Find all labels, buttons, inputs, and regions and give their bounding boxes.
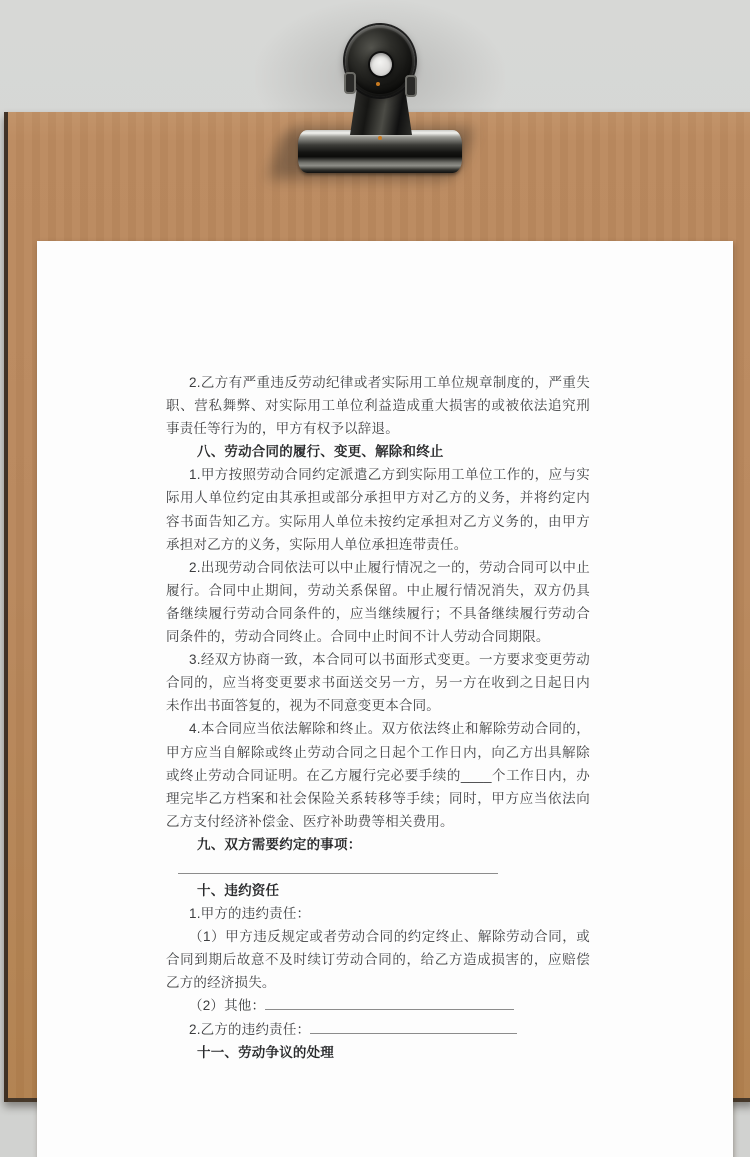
section-heading: 十、违约资任	[166, 879, 590, 902]
fill-rule	[310, 1020, 517, 1034]
fill-label: （2）其他：	[189, 998, 265, 1013]
photo-background: 2.乙方有严重违反劳动纪律或者实际用工单位规章制度的，严重失职、营私舞弊、对实际…	[0, 0, 750, 1157]
paragraph: 2.出现劳动合同依法可以中止履行情况之一的，劳动合同可以中止履行。合同中止期间，…	[166, 556, 590, 648]
paragraph: 4.本合同应当依法解除和终止。双方依法终止和解除劳动合同的，甲方应当自解除或终止…	[166, 717, 590, 832]
clip-glint	[378, 136, 382, 140]
clip-hole	[370, 53, 392, 76]
section-heading: 十一、劳动争议的处理	[166, 1041, 590, 1064]
paragraph: 3.经双方协商一致，本合同可以书面形式变更。一方要求变更劳动合同的，应当将变更要…	[166, 648, 590, 717]
blank-fill-line	[166, 856, 590, 879]
fill-in-line: （2）其他：	[166, 994, 590, 1017]
paragraph: 1.甲方按照劳动合同约定派遣乙方到实际用工单位工作的，应与实际用人单位约定由其承…	[166, 463, 590, 555]
clip-spring-wire-right	[405, 75, 417, 97]
clip-glint	[376, 82, 380, 86]
paragraph: （1）甲方违反规定或者劳动合同的约定终止、解除劳动合同，或合同到期后故意不及时续…	[166, 925, 590, 994]
fill-rule	[178, 873, 498, 874]
paragraph: 1.甲方的违约责任：	[166, 902, 590, 925]
section-heading: 九、双方需要约定的事项：	[166, 833, 590, 856]
contract-page: 2.乙方有严重违反劳动纪律或者实际用工单位规章制度的，严重失职、营私舞弊、对实际…	[37, 241, 733, 1157]
section-heading: 八、劳动合同的履行、变更、解除和终止	[166, 440, 590, 463]
binder-clip	[278, 15, 483, 180]
clipboard: 2.乙方有严重违反劳动纪律或者实际用工单位规章制度的，严重失职、营私舞弊、对实际…	[4, 112, 750, 1102]
paragraph: 2.乙方有严重违反劳动纪律或者实际用工单位规章制度的，严重失职、营私舞弊、对实际…	[166, 371, 590, 440]
fill-rule	[265, 996, 514, 1010]
clip-spring-wire-left	[344, 72, 356, 94]
fill-in-line: 2.乙方的违约责任：	[166, 1018, 590, 1041]
contract-text: 2.乙方有严重违反劳动纪律或者实际用工单位规章制度的，严重失职、营私舞弊、对实际…	[166, 371, 590, 1064]
fill-label: 2.乙方的违约责任：	[189, 1022, 310, 1037]
